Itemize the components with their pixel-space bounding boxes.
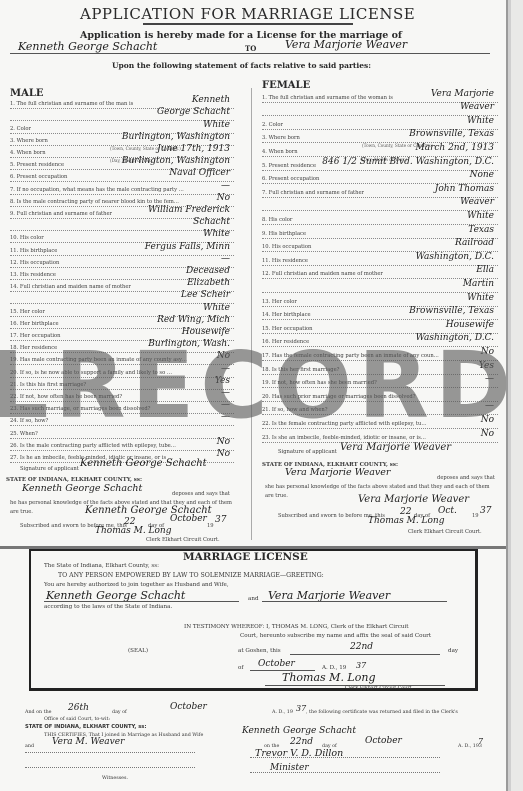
license-state-line: The State of Indiana, Elkhart County, ss… bbox=[44, 563, 159, 569]
female-question-row: 12. Full christian and maiden name of mo… bbox=[262, 265, 498, 280]
male-question-answer: White bbox=[203, 229, 230, 239]
female-signature-label: Signature of applicant bbox=[278, 449, 337, 455]
license-day-label: day bbox=[448, 648, 458, 654]
male-question-answer: Lee Scheir bbox=[181, 290, 230, 300]
male-question-label: 16. Her birthplace bbox=[10, 321, 59, 327]
male-question-row: 6. Present occupationNaval Officer bbox=[10, 169, 234, 182]
male-question-label: 1. The full christian and surname of the… bbox=[10, 101, 133, 107]
license-month-value: October bbox=[258, 659, 295, 669]
male-question-answer: George Schacht bbox=[157, 107, 230, 117]
male-signature-label: Signature of applicant bbox=[20, 466, 79, 472]
female-question-label: 8. His color bbox=[262, 217, 292, 223]
female-question-answer: Yes bbox=[479, 361, 494, 371]
female-question-row: 22. Is the female contracting party affl… bbox=[262, 414, 498, 429]
male-question-row: 25. When? bbox=[10, 425, 234, 438]
male-question-answer: — bbox=[221, 388, 230, 398]
male-question-answer: — bbox=[221, 412, 230, 422]
application-title: APPLICATION FOR MARRIAGE LICENSE bbox=[80, 5, 415, 23]
male-question-answer: No bbox=[217, 351, 230, 361]
male-question-answer: Yes bbox=[215, 376, 230, 386]
male-question-row: 19. Has male contracting party been an i… bbox=[10, 352, 234, 365]
return-ad-label: A. D., 19 bbox=[272, 710, 293, 715]
female-question-row: 14. Her birthplaceBrownsville, Texas bbox=[262, 306, 498, 321]
male-question-row: Lee Scheir bbox=[10, 291, 234, 304]
return-month-value: October bbox=[170, 702, 207, 712]
return-and: and bbox=[25, 744, 34, 749]
female-sworn-year: 37 bbox=[480, 506, 491, 516]
female-signature: Vera Marjorie Weaver bbox=[340, 442, 451, 453]
male-question-answer: Kenneth bbox=[192, 95, 230, 105]
male-clerk-title: Clerk Elkhart Circuit Court. bbox=[146, 537, 220, 543]
female-question-row: 20. Has such prior marriage or marriages… bbox=[262, 387, 498, 402]
female-question-answer: Texas bbox=[468, 225, 494, 235]
male-question-answer: Housewife bbox=[182, 327, 230, 337]
male-question-row: 24. If so, how?— bbox=[10, 413, 234, 426]
female-question-label: 12. Full christian and maiden name of mo… bbox=[262, 271, 383, 277]
female-question-label: 23. Is she an imbecile, feeble-minded, i… bbox=[262, 435, 426, 441]
male-question-label: 13. His residence bbox=[10, 272, 56, 278]
return-day-value: 26th bbox=[68, 703, 89, 713]
female-question-answer: John Thomas bbox=[435, 184, 494, 194]
male-question-label: 15. Her color bbox=[10, 309, 45, 315]
witness-line-1 bbox=[25, 752, 195, 753]
bride-name-handwritten: Vera Marjorie Weaver bbox=[285, 38, 407, 51]
male-question-answer: — bbox=[221, 254, 230, 264]
male-question-answer: Burlington, Washington bbox=[122, 132, 230, 142]
license-authorized: You are hereby authorized to join togeth… bbox=[44, 582, 229, 588]
female-question-label: 6. Present occupation bbox=[262, 176, 319, 182]
female-question-answer: Washington, D.C. bbox=[416, 333, 494, 343]
female-question-answer: White bbox=[467, 293, 494, 303]
female-question-label: 17. Has the female contracting party bee… bbox=[262, 353, 439, 359]
return-and-on-the: And on the bbox=[25, 710, 52, 715]
license-bride-line bbox=[262, 601, 447, 602]
return-year-value: 37 bbox=[296, 704, 306, 713]
female-question-label: 4. When born bbox=[262, 149, 298, 155]
license-clerk-signature: Thomas M. Long bbox=[282, 671, 375, 684]
female-question-label: 2. Color bbox=[262, 122, 283, 128]
male-question-row: 11. His birthplaceFergus Falls, Minn bbox=[10, 242, 234, 255]
male-question-row: 7. If no occupation, what means has the … bbox=[10, 181, 234, 194]
female-question-row: 4. When bornMarch 2nd, 1913(Day, Month o… bbox=[262, 142, 498, 157]
female-question-answer: Weaver bbox=[460, 197, 494, 207]
female-question-label: 5. Present residence bbox=[262, 163, 316, 169]
female-deponent-signature: Vera Marjorie Weaver bbox=[358, 494, 469, 505]
male-question-answer: Elizabeth bbox=[187, 278, 230, 288]
male-question-answer: June 17th, 1913 bbox=[157, 144, 230, 154]
return-marriage-day: 22nd bbox=[290, 737, 313, 747]
female-question-row: 6. Present occupationNone bbox=[262, 170, 498, 185]
male-question-label: 5. Present residence bbox=[10, 162, 64, 168]
male-question-label: 24. If so, how? bbox=[10, 418, 48, 424]
female-question-answer: None bbox=[470, 170, 494, 180]
male-question-answer: Deceased bbox=[186, 266, 230, 276]
male-question-label: 17. Her occupation bbox=[10, 333, 61, 339]
female-question-row: 15. Her occupationHousewife bbox=[262, 319, 498, 334]
male-question-answer: Burlington, Washington bbox=[122, 156, 230, 166]
male-question-answer: No bbox=[217, 449, 230, 459]
groom-name-handwritten: Kenneth George Schacht bbox=[18, 40, 157, 53]
female-question-row: 13. Her colorWhite bbox=[262, 292, 498, 307]
return-bride: Vera M. Weaver bbox=[52, 737, 124, 747]
male-sworn-year-prefix: 19 bbox=[207, 523, 214, 529]
male-question-label: 19. Has male contracting party been an i… bbox=[10, 357, 187, 363]
female-question-label: 9. His birthplace bbox=[262, 231, 306, 237]
female-question-label: 11. His residence bbox=[262, 258, 308, 264]
license-title: MARRIAGE LICENSE bbox=[183, 551, 308, 563]
return-marriage-month: October bbox=[365, 736, 402, 746]
male-question-label: 22. If not, how often has he been marrie… bbox=[10, 394, 122, 400]
male-question-label: 11. His birthplace bbox=[10, 248, 57, 254]
female-question-row: Weaver bbox=[262, 102, 498, 117]
license-testimony-2: Court, hereunto subscribe my name and af… bbox=[240, 633, 431, 639]
party-line bbox=[10, 53, 490, 54]
male-question-label: 2. Color bbox=[10, 126, 31, 132]
male-question-answer: No bbox=[217, 193, 230, 203]
female-question-label: 13. Her color bbox=[262, 299, 297, 305]
female-question-label: 16. Her residence bbox=[262, 339, 309, 345]
return-marriage-year: 7 bbox=[478, 737, 483, 746]
return-state-county: STATE OF INDIANA, ELKHART COUNTY, ss: bbox=[25, 724, 146, 730]
male-question-answer: Burlington, Wash. bbox=[148, 339, 230, 349]
female-sworn-month: Oct. bbox=[438, 506, 457, 516]
male-question-label: 14. Full christian and maiden name of mo… bbox=[10, 284, 131, 290]
male-question-label: 8. Is the male contracting party of near… bbox=[10, 199, 179, 205]
male-question-label: 4. When born bbox=[10, 150, 46, 156]
male-question-row: 21. Is this his first marriage?Yes bbox=[10, 377, 234, 390]
female-question-answer: No bbox=[481, 429, 494, 439]
male-question-row: 26. Is the male contracting party afflic… bbox=[10, 438, 234, 451]
female-question-answer: Brownsville, Texas bbox=[409, 129, 494, 139]
female-question-row: 1. The full christian and surname of the… bbox=[262, 88, 498, 103]
male-question-label: 12. His occupation bbox=[10, 260, 59, 266]
male-signature: Kenneth George Schacht bbox=[80, 458, 207, 469]
male-question-label: 3. Where born bbox=[10, 138, 48, 144]
female-question-answer: Ella bbox=[476, 265, 494, 275]
female-question-row: 5. Present residence846 1/2 Sumit Blvd. … bbox=[262, 156, 498, 171]
female-question-row: 19. If not, how often has she been marri… bbox=[262, 374, 498, 389]
return-witnesses-label: Witnesses. bbox=[102, 776, 128, 781]
female-question-row: 7. Full christian and surname of fatherJ… bbox=[262, 183, 498, 198]
female-question-answer: No bbox=[481, 347, 494, 357]
male-question-label: 18. Her residence bbox=[10, 345, 57, 351]
female-question-label: 18. Is this her first marriage? bbox=[262, 367, 339, 373]
male-question-answer: Naval Officer bbox=[169, 168, 230, 178]
license-testimony-1: IN TESTIMONY WHEREOF: I, THOMAS M. LONG,… bbox=[184, 624, 409, 630]
officiant-line bbox=[250, 757, 440, 758]
female-question-answer: No bbox=[481, 415, 494, 425]
return-office-text: Office of said Court, to-wit: bbox=[44, 717, 110, 722]
female-question-row: 10. His occupationRailroad bbox=[262, 238, 498, 253]
female-clerk-title: Clerk Elkhart Circuit Court. bbox=[408, 529, 482, 535]
male-question-label: 6. Present occupation bbox=[10, 174, 67, 180]
male-question-label: 9. Full christian and surname of father bbox=[10, 211, 112, 217]
female-question-row: 2. ColorWhite bbox=[262, 115, 498, 130]
female-question-answer: 846 1/2 Sumit Blvd. Washington, D.C. bbox=[322, 157, 494, 167]
title-underline bbox=[143, 23, 353, 25]
female-question-answer: Housewife bbox=[446, 320, 494, 330]
license-clerk-title: Clerk Elkhart Circuit Court. bbox=[345, 686, 413, 691]
license-and: and bbox=[248, 596, 259, 602]
female-question-row: 23. Is she an imbecile, feeble-minded, i… bbox=[262, 428, 498, 443]
male-question-answer: Schacht bbox=[193, 217, 230, 227]
female-question-row: 16. Her residenceWashington, D.C. bbox=[262, 333, 498, 348]
witness-line-2 bbox=[25, 767, 195, 768]
female-question-answer: Weaver bbox=[460, 102, 494, 112]
license-of-label: of bbox=[238, 665, 243, 671]
female-question-label: 1. The full christian and surname of the… bbox=[262, 95, 393, 101]
license-day-value: 22nd bbox=[350, 642, 373, 652]
return-groom: Kenneth George Schacht bbox=[242, 726, 356, 736]
document-page: APPLICATION FOR MARRIAGE LICENSE Applica… bbox=[0, 0, 508, 791]
female-question-row: 18. Is this her first marriage?Yes bbox=[262, 360, 498, 375]
male-question-row: 20. If so, is he now able to support a f… bbox=[10, 364, 234, 377]
license-year-value: 37 bbox=[356, 661, 366, 670]
female-question-answer: Martin bbox=[463, 279, 494, 289]
female-question-label: 20. Has such prior marriage or marriages… bbox=[262, 394, 416, 400]
male-question-row: 22. If not, how often has he been marrie… bbox=[10, 389, 234, 402]
license-seal: (SEAL) bbox=[128, 648, 148, 654]
female-question-label: 7. Full christian and surname of father bbox=[262, 190, 364, 196]
female-question-label: 3. Where born bbox=[262, 135, 300, 141]
male-question-answer: Fergus Falls, Minn bbox=[145, 242, 230, 252]
license-day-line bbox=[290, 654, 440, 655]
officiant-title-line bbox=[250, 772, 440, 773]
return-day-of: day of bbox=[112, 710, 127, 715]
to-label: TO bbox=[245, 44, 256, 53]
female-question-row: Martin bbox=[262, 278, 498, 293]
upon-statement: Upon the following statement of facts re… bbox=[112, 61, 371, 70]
female-question-label: 21. If so, how and when? bbox=[262, 407, 328, 413]
female-question-label: 15. Her occupation bbox=[262, 326, 313, 332]
male-question-answer: — bbox=[221, 400, 230, 410]
female-question-answer: Railroad bbox=[455, 238, 494, 248]
male-question-answer: — bbox=[221, 364, 230, 374]
male-question-answer: No bbox=[217, 437, 230, 447]
license-at-goshen: at Goshen, this bbox=[238, 648, 281, 654]
column-divider bbox=[251, 88, 252, 540]
female-question-label: 19. If not, how often has she been marri… bbox=[262, 380, 377, 386]
female-question-row: 21. If so, how and when?— bbox=[262, 401, 498, 416]
female-question-row: 8. His colorWhite bbox=[262, 210, 498, 225]
page-edge-strip bbox=[506, 0, 523, 791]
female-sworn-year-prefix: 19 bbox=[472, 513, 479, 519]
license-greeting: TO ANY PERSON EMPOWERED BY LAW TO SOLEMN… bbox=[58, 572, 324, 579]
female-question-answer: March 2nd, 1913 bbox=[416, 143, 495, 153]
male-question-answer: Red Wing, Mich bbox=[157, 315, 230, 325]
male-question-label: 20. If so, is he now able to support a f… bbox=[10, 370, 172, 376]
female-question-row: 9. His birthplaceTexas bbox=[262, 224, 498, 239]
female-question-row: Weaver bbox=[262, 197, 498, 212]
male-question-label: 25. When? bbox=[10, 431, 38, 437]
license-according: according to the laws of the State of In… bbox=[44, 604, 172, 610]
female-question-answer: Washington, D.C. bbox=[416, 252, 494, 262]
female-question-row: 11. His residenceWashington, D.C. bbox=[262, 251, 498, 266]
female-question-answer: White bbox=[467, 116, 494, 126]
male-question-answer: — bbox=[221, 181, 230, 191]
male-question-row: George Schacht bbox=[10, 108, 234, 121]
female-question-answer: — bbox=[485, 401, 494, 411]
male-clerk-signature: Thomas M. Long bbox=[95, 526, 172, 536]
license-groom-line bbox=[44, 601, 239, 602]
male-question-label: 10. His color bbox=[10, 235, 44, 241]
female-question-row: 3. Where bornBrownsville, Texas(Town, Co… bbox=[262, 129, 498, 144]
male-question-answer: White bbox=[203, 303, 230, 313]
female-question-answer: Vera Marjorie bbox=[431, 89, 494, 99]
female-question-row: 17. Has the female contracting party bee… bbox=[262, 346, 498, 361]
female-question-label: 22. Is the female contracting party affl… bbox=[262, 421, 427, 427]
male-sworn-month: October bbox=[170, 514, 207, 524]
male-question-answer: White bbox=[203, 120, 230, 130]
female-question-label: 14. Her birthplace bbox=[262, 312, 311, 318]
female-clerk-signature: Thomas M. Long bbox=[368, 516, 445, 526]
male-question-label: 21. Is this his first marriage? bbox=[10, 382, 86, 388]
male-question-answer: William Frederick bbox=[148, 205, 230, 215]
female-question-answer: White bbox=[467, 211, 494, 221]
female-question-answer: — bbox=[485, 374, 494, 384]
male-question-label: 26. Is the male contracting party afflic… bbox=[10, 443, 176, 449]
female-question-label: 10. His occupation bbox=[262, 244, 311, 250]
return-filed-text: , the following certificate was returned… bbox=[306, 710, 458, 715]
male-question-label: 23. Has such marriage, or marriages been… bbox=[10, 406, 150, 412]
female-question-answer: Brownsville, Texas bbox=[409, 306, 494, 316]
male-question-label: 7. If no occupation, what means has the … bbox=[10, 187, 184, 193]
male-sworn-year: 37 bbox=[215, 515, 226, 525]
